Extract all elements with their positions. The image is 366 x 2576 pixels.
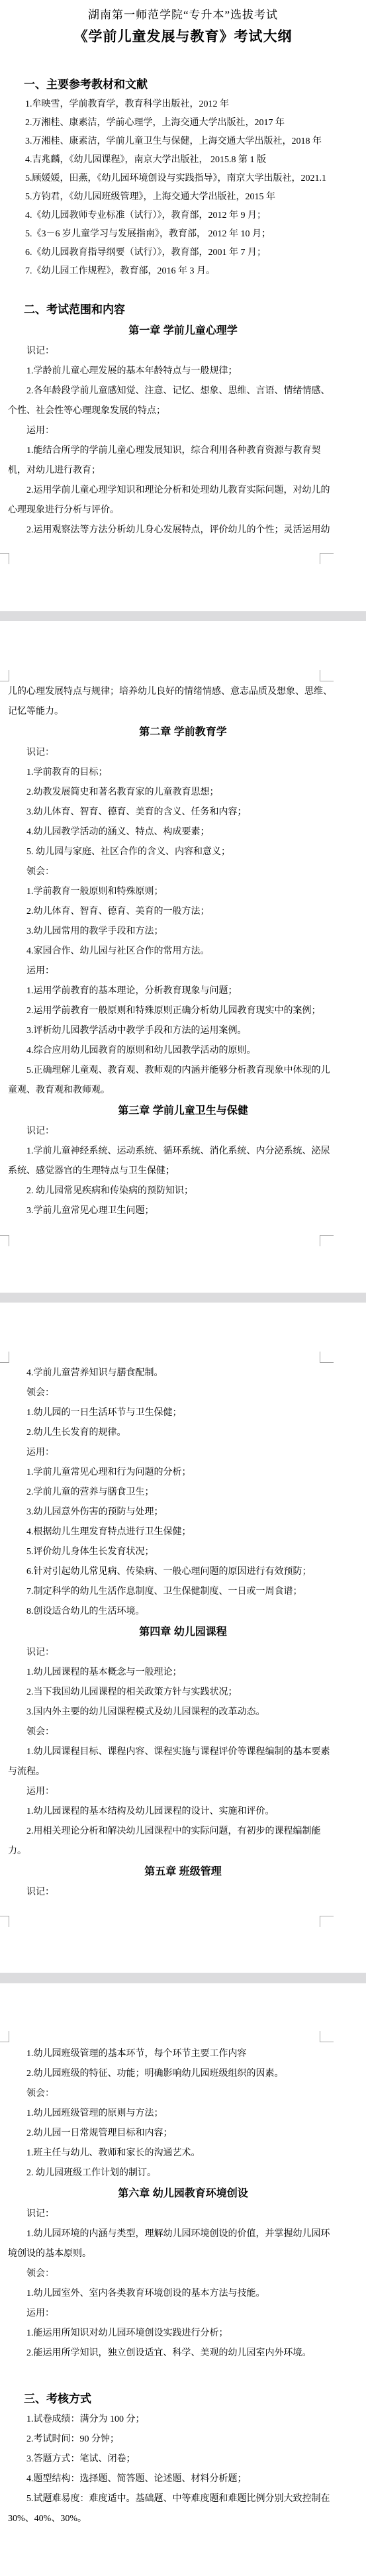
text-line: 5.试题难易度：难度适中。基础题、中等难度题和难题比例分别大致控制在 [0, 2489, 366, 2509]
text-line: 3.幼儿园常用的教学手段和方法； [0, 922, 366, 942]
text-line: 2.幼儿体育、智育、德育、美育的一般方法； [0, 902, 366, 922]
reference-item: 1.牟映雪，学前教育学，教育科学出版社，2012 年 [0, 95, 366, 114]
text-line: 3.幼儿体育、智育、德育、美育的含义、任务和内容； [0, 803, 366, 822]
text-line: 4.幼儿园教学活动的涵义、特点、构成要素； [0, 822, 366, 842]
text-line-continued: 记忆等能力。 [0, 702, 366, 722]
text-line-continued: 力。 [0, 1842, 366, 1861]
reference-item: 7.《幼儿园工作规程》，教育部，2016 年 3 月。 [0, 262, 366, 281]
text-line: 4.根据幼儿生理发育特点进行卫生保健； [0, 1522, 366, 1542]
page-4-content: 1.幼儿园班级管理的基本环节，每个环节主要工作内容2.幼儿园班级的特征、功能；明… [0, 1983, 366, 2529]
text-line: 2.幼儿生长发育的规律。 [0, 1423, 366, 1443]
text-line: 1.幼儿园的一日生活环节与卫生保健； [0, 1403, 366, 1423]
text-line: 识记： [0, 743, 366, 763]
text-line: 3.答题方式：笔试、闭卷； [0, 2450, 366, 2469]
text-line: 识记： [0, 2204, 366, 2224]
text-line: 识记： [0, 1122, 366, 1142]
text-line: 5.正确理解儿童观、教育观、教师观的内涵并能够分析教育现象中体现的儿 [0, 1061, 366, 1081]
document: 湖南第一师范学院“专升本”选拔考试《学前儿童发展与教育》考试大纲一、主要参考教材… [0, 0, 366, 2576]
chapter-heading: 第二章 学前教育学 [0, 722, 366, 743]
spacer [0, 2363, 366, 2389]
reference-item: 4.吉兆麟，《幼儿园课程》，南京大学出版社， 2015.8 第 1 版 [0, 151, 366, 170]
text-boundary-mark [320, 553, 334, 564]
text-line: 3.幼儿园意外伤害的预防与处理； [0, 1503, 366, 1522]
text-line: 2. 幼儿园常见疾病和传染病的预防知识； [0, 1181, 366, 1201]
text-line: 1.幼儿园课程目标、课程内容、课程实施与课程评价等课程编制的基本要素 [0, 1742, 366, 1762]
text-line: 1.幼儿园班级管理的原则与方法； [0, 2104, 366, 2124]
text-line: 6.针对引起幼儿常见病、传染病、一般心理问题的原因进行有效预防； [0, 1562, 366, 1582]
text-line: 领会： [0, 2084, 366, 2104]
text-line: 2.能运用所学知识，独立创设适宜、科学、美观的幼儿园室内外环境。 [0, 2344, 366, 2363]
page-separator [0, 611, 366, 621]
text-line: 4.家园合作、幼儿园与社区合作的常用方法。 [0, 942, 366, 962]
chapter-heading: 第一章 学前儿童心理学 [0, 321, 366, 342]
text-line: 8.创设适合幼儿的生活环境。 [0, 1602, 366, 1622]
section-heading: 三、考核方式 [0, 2389, 366, 2410]
section-heading: 二、考试范围和内容 [0, 299, 366, 321]
reference-item: 3.万湘桂、康素洁，学前儿童卫生与保健，上海交通大学出版社，2018 年 [0, 132, 366, 151]
page-2-content: 儿的心理发展特点与规律；培养幼儿良好的情绪情感、意志品质及想象、思维、记忆等能力… [0, 621, 366, 1221]
text-boundary-mark [0, 1916, 9, 1927]
text-line: 1.学龄前儿童心理发展的基本年龄特点与一般规律； [0, 362, 366, 381]
text-line: 识记： [0, 1883, 366, 1903]
text-line: 2.幼儿园班级的特征、功能；明确影响幼儿园班级组织的因素。 [0, 2064, 366, 2084]
reference-item: 5.方钧君，《幼儿园班级管理》，上海交通大学出版社，2015 年 [0, 188, 366, 207]
text-line: 2.运用学前教育一般原则和特殊原则正确分析幼儿园教育现实中的案例； [0, 1001, 366, 1021]
text-line-continued: 儿的心理发展特点与规律；培养幼儿良好的情绪情感、意志品质及想象、思维、 [0, 682, 366, 702]
section-heading: 一、主要参考教材和文献 [0, 74, 366, 95]
text-line-continued: 机，对幼儿进行教育； [0, 461, 366, 481]
text-line-continued: 心理现象进行分析与评价。 [0, 501, 366, 520]
text-line: 1.学前教育的目标； [0, 763, 366, 783]
reference-item: 5.《3－6 岁儿童学习与发展指南》，教育部， 2012 年 10 月； [0, 225, 366, 244]
text-line: 1.学前教育一般原则和特殊原则； [0, 882, 366, 902]
page-separator [0, 1293, 366, 1303]
chapter-heading: 第三章 学前儿童卫生与保健 [0, 1101, 366, 1122]
page-1: 湖南第一师范学院“专升本”选拔考试《学前儿童发展与教育》考试大纲一、主要参考教材… [0, 0, 366, 611]
text-line: 1.幼儿园课程的基本结构及幼儿园课程的设计、实施和评价。 [0, 1802, 366, 1822]
page-3: 4.学前儿童营养知识与膳食配制。领会：1.幼儿园的一日生活环节与卫生保健；2.幼… [0, 1303, 366, 1973]
doc-title: 《学前儿童发展与教育》考试大纲 [0, 25, 366, 49]
text-line: 领会： [0, 1383, 366, 1403]
text-line: 4.题型结构：选择题、简答题、论述题、材料分析题； [0, 2469, 366, 2489]
text-boundary-mark [0, 553, 9, 564]
page-3-content: 4.学前儿童营养知识与膳食配制。领会：1.幼儿园的一日生活环节与卫生保健；2.幼… [0, 1303, 366, 1903]
text-line: 1.幼儿园环境的内涵与类型，理解幼儿园环境创设的价值，并掌握幼儿园环 [0, 2224, 366, 2244]
text-line: 1.试卷成绩：满分为 100 分； [0, 2410, 366, 2430]
text-line: 7.制定科学的幼儿生活作息制度、卫生保健制度、一日或一周食谱； [0, 1582, 366, 1602]
page-2: 儿的心理发展特点与规律；培养幼儿良好的情绪情感、意志品质及想象、思维、记忆等能力… [0, 621, 366, 1293]
text-line: 1.幼儿园课程的基本概念与一般理论； [0, 1663, 366, 1683]
text-boundary-mark [320, 1916, 334, 1927]
text-line: 2.运用学前儿童心理学知识和理论分析和处理幼儿教育实际问题，对幼儿的 [0, 481, 366, 501]
text-line-continued: 与流程。 [0, 1762, 366, 1782]
text-line: 运用： [0, 1782, 366, 1802]
text-boundary-mark [0, 1235, 9, 1246]
text-line: 2.幼教发展简史和著名教育家的儿童教育思想； [0, 783, 366, 803]
page-separator [0, 1973, 366, 1983]
text-line: 1.学前儿童神经系统、运动系统、循环系统、消化系统、内分泌系统、泌尿 [0, 1142, 366, 1162]
reference-item: 5.顾媛媛，田燕，《幼儿园环境创设与实践指导》，南京大学出版社，2021.1 [0, 170, 366, 188]
reference-item: 2.万湘桂、康素洁，学前心理学，上海交通大学出版社，2017 年 [0, 114, 366, 132]
text-line: 2. 幼儿园班级工作计划的制订。 [0, 2163, 366, 2183]
page-4: 1.幼儿园班级管理的基本环节，每个环节主要工作内容2.幼儿园班级的特征、功能；明… [0, 1983, 366, 2576]
reference-item: 6.《幼儿园教育指导纲要（试行）》，教育部，2001 年 7 月； [0, 244, 366, 262]
text-line: 2.考试时间：90 分钟； [0, 2430, 366, 2450]
text-line: 领会： [0, 2264, 366, 2284]
text-line-continued: 个性、社会性等心理现象发展的特点； [0, 401, 366, 421]
chapter-heading: 第四章 幼儿园课程 [0, 1622, 366, 1643]
text-line: 4.综合应用幼儿园教育的原则和幼儿园教学活动的原则。 [0, 1041, 366, 1061]
text-line: 识记： [0, 1643, 366, 1663]
text-line-continued: 童观、教育观和教师观。 [0, 1081, 366, 1101]
text-line: 3.学前儿童常见心理卫生问题； [0, 1201, 366, 1221]
text-line: 2.各年龄段学前儿童感知觉、注意、记忆、想象、思维、言语、情绪情感、 [0, 381, 366, 401]
text-line: 2.用相关理论分析和解决幼儿园课程中的实际问题，有初步的课程编制能 [0, 1822, 366, 1842]
text-line: 3.国内外主要的幼儿园课程模式及幼儿园课程的改革动态。 [0, 1703, 366, 1722]
text-line: 3.评析幼儿园教学活动中教学手段和方法的运用案例。 [0, 1021, 366, 1041]
text-line: 4.学前儿童营养知识与膳食配制。 [0, 1363, 366, 1383]
spacer [0, 49, 366, 74]
text-line: 1.班主任与幼儿、教师和家长的沟通艺术。 [0, 2144, 366, 2163]
text-line: 1.幼儿园室外、室内各类教育环境创设的基本方法与技能。 [0, 2284, 366, 2304]
text-line-continued: 境创设的基本原则。 [0, 2244, 366, 2264]
text-line: 领会： [0, 1722, 366, 1742]
text-line-continued: 系统、感觉器官的生理特点与卫生保健； [0, 1162, 366, 1181]
text-line: 领会： [0, 862, 366, 882]
text-line: 2.学前儿童的营养与膳食卫生； [0, 1483, 366, 1503]
text-line: 运用： [0, 1443, 366, 1463]
text-line: 1.运用学前教育的基本理论，分析教育现象与问题； [0, 981, 366, 1001]
text-line: 运用： [0, 421, 366, 441]
text-line: 2.幼儿园一日常规管理目标和内容； [0, 2124, 366, 2144]
doc-subtitle: 湖南第一师范学院“专升本”选拔考试 [0, 5, 366, 25]
text-line: 2.当下我国幼儿园课程的相关政策方针与实践状况； [0, 1683, 366, 1703]
text-line: 5. 幼儿园与家庭、社区合作的含义、内容和意义； [0, 842, 366, 862]
page-1-content: 湖南第一师范学院“专升本”选拔考试《学前儿童发展与教育》考试大纲一、主要参考教材… [0, 0, 366, 540]
chapter-heading: 第五章 班级管理 [0, 1861, 366, 1883]
reference-item: 4.《幼儿园教师专业标准（试行）》，教育部，2012 年 9 月； [0, 207, 366, 225]
chapter-heading: 第六章 幼儿园教育环境创设 [0, 2183, 366, 2204]
text-line: 1.能运用所知识对幼儿园环境创设实践进行分析； [0, 2324, 366, 2344]
text-line: 运用： [0, 962, 366, 981]
spacer [0, 281, 366, 299]
text-boundary-mark [320, 1235, 334, 1246]
text-line: 5.评价幼儿身体生长发育状况； [0, 1542, 366, 1562]
text-line: 1.能结合所学的学前儿童心理发展知识，综合利用各种教育资源与教育契 [0, 441, 366, 461]
text-line: 1.幼儿园班级管理的基本环节，每个环节主要工作内容 [0, 2044, 366, 2064]
text-line-continued: 30%、40%、30%。 [0, 2509, 366, 2529]
text-line: 2.运用观察法等方法分析幼儿身心发展特点，评价幼儿的个性；灵活运用幼 [0, 520, 366, 540]
text-line: 1.学前儿童常见心理和行为问题的分析； [0, 1463, 366, 1483]
text-line: 运用： [0, 2304, 366, 2324]
text-line: 识记： [0, 342, 366, 362]
